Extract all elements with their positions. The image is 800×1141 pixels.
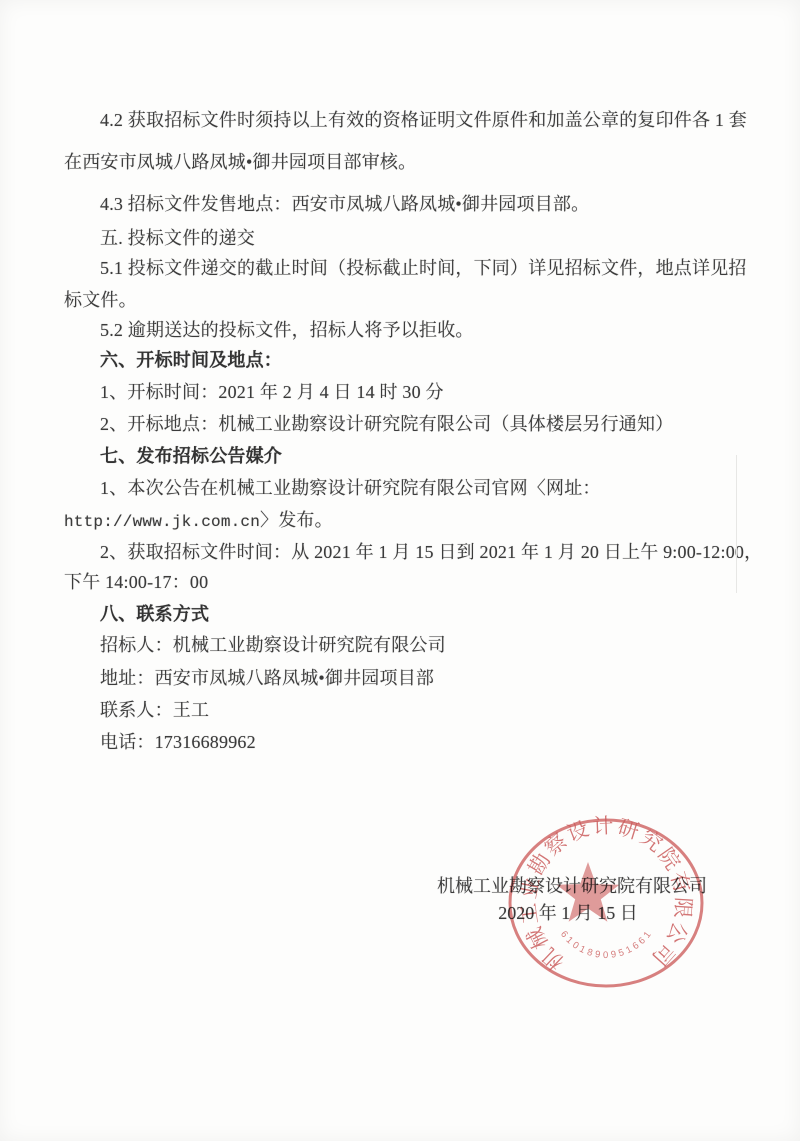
website-line: http://www.jk.com.cn〉发布。: [64, 508, 754, 534]
open-bid-time: 1、开标时间：2021 年 2 月 4 日 14 时 30 分: [64, 380, 790, 404]
paragraph-5-2: 5.2 逾期送达的投标文件，招标人将予以拒收。: [64, 318, 790, 342]
scan-fold-line: [736, 455, 737, 593]
section-heading-5: 五. 投标文件的递交: [64, 226, 790, 250]
section-heading-7: 七、发布招标公告媒介: [64, 444, 790, 468]
phone-line: 电话：17316689962: [64, 730, 790, 754]
paragraph-4-2-cont: 在西安市凤城八路凤城•御井园项目部审核。: [64, 150, 754, 174]
open-bid-place: 2、开标地点：机械工业勘察设计研究院有限公司（具体楼层另行通知）: [64, 412, 790, 436]
address-line: 地址：西安市凤城八路凤城•御井园项目部: [64, 666, 790, 690]
seal-star-icon: [557, 862, 620, 922]
company-seal-stamp: 机械工业勘察设计研究院有限公司 6101890951661: [498, 812, 710, 998]
announcement-media: 1、本次公告在机械工业勘察设计研究院有限公司官网〈网址：: [64, 476, 790, 500]
seal-serial-container: 6101890951661: [558, 928, 655, 961]
tenderer-line: 招标人：机械工业勘察设计研究院有限公司: [64, 633, 790, 657]
document-time-range-cont: 下午 14:00-17：00: [64, 570, 754, 594]
paragraph-4-2: 4.2 获取招标文件时须持以上有效的资格证明文件原件和加盖公章的复印件各 1 套: [64, 108, 790, 132]
seal-serial-number: 6101890951661: [558, 928, 655, 961]
contact-person-line: 联系人：王工: [64, 698, 790, 722]
website-url-suffix: 〉发布。: [260, 510, 333, 530]
scanned-document-page: 4.2 获取招标文件时须持以上有效的资格证明文件原件和加盖公章的复印件各 1 套…: [0, 0, 800, 1141]
section-heading-6: 六、开标时间及地点：: [64, 348, 790, 372]
paragraph-5-1-cont: 标文件。: [64, 288, 754, 312]
document-time-range: 2、获取招标文件时间：从 2021 年 1 月 15 日到 2021 年 1 月…: [64, 540, 790, 564]
section-heading-8: 八、联系方式: [64, 602, 790, 626]
website-url: http://www.jk.com.cn: [64, 513, 260, 531]
paragraph-5-1: 5.1 投标文件递交的截止时间（投标截止时间，下同）详见招标文件，地点详见招: [64, 256, 790, 280]
paragraph-4-3: 4.3 招标文件发售地点：西安市凤城八路凤城•御井园项目部。: [64, 192, 790, 216]
